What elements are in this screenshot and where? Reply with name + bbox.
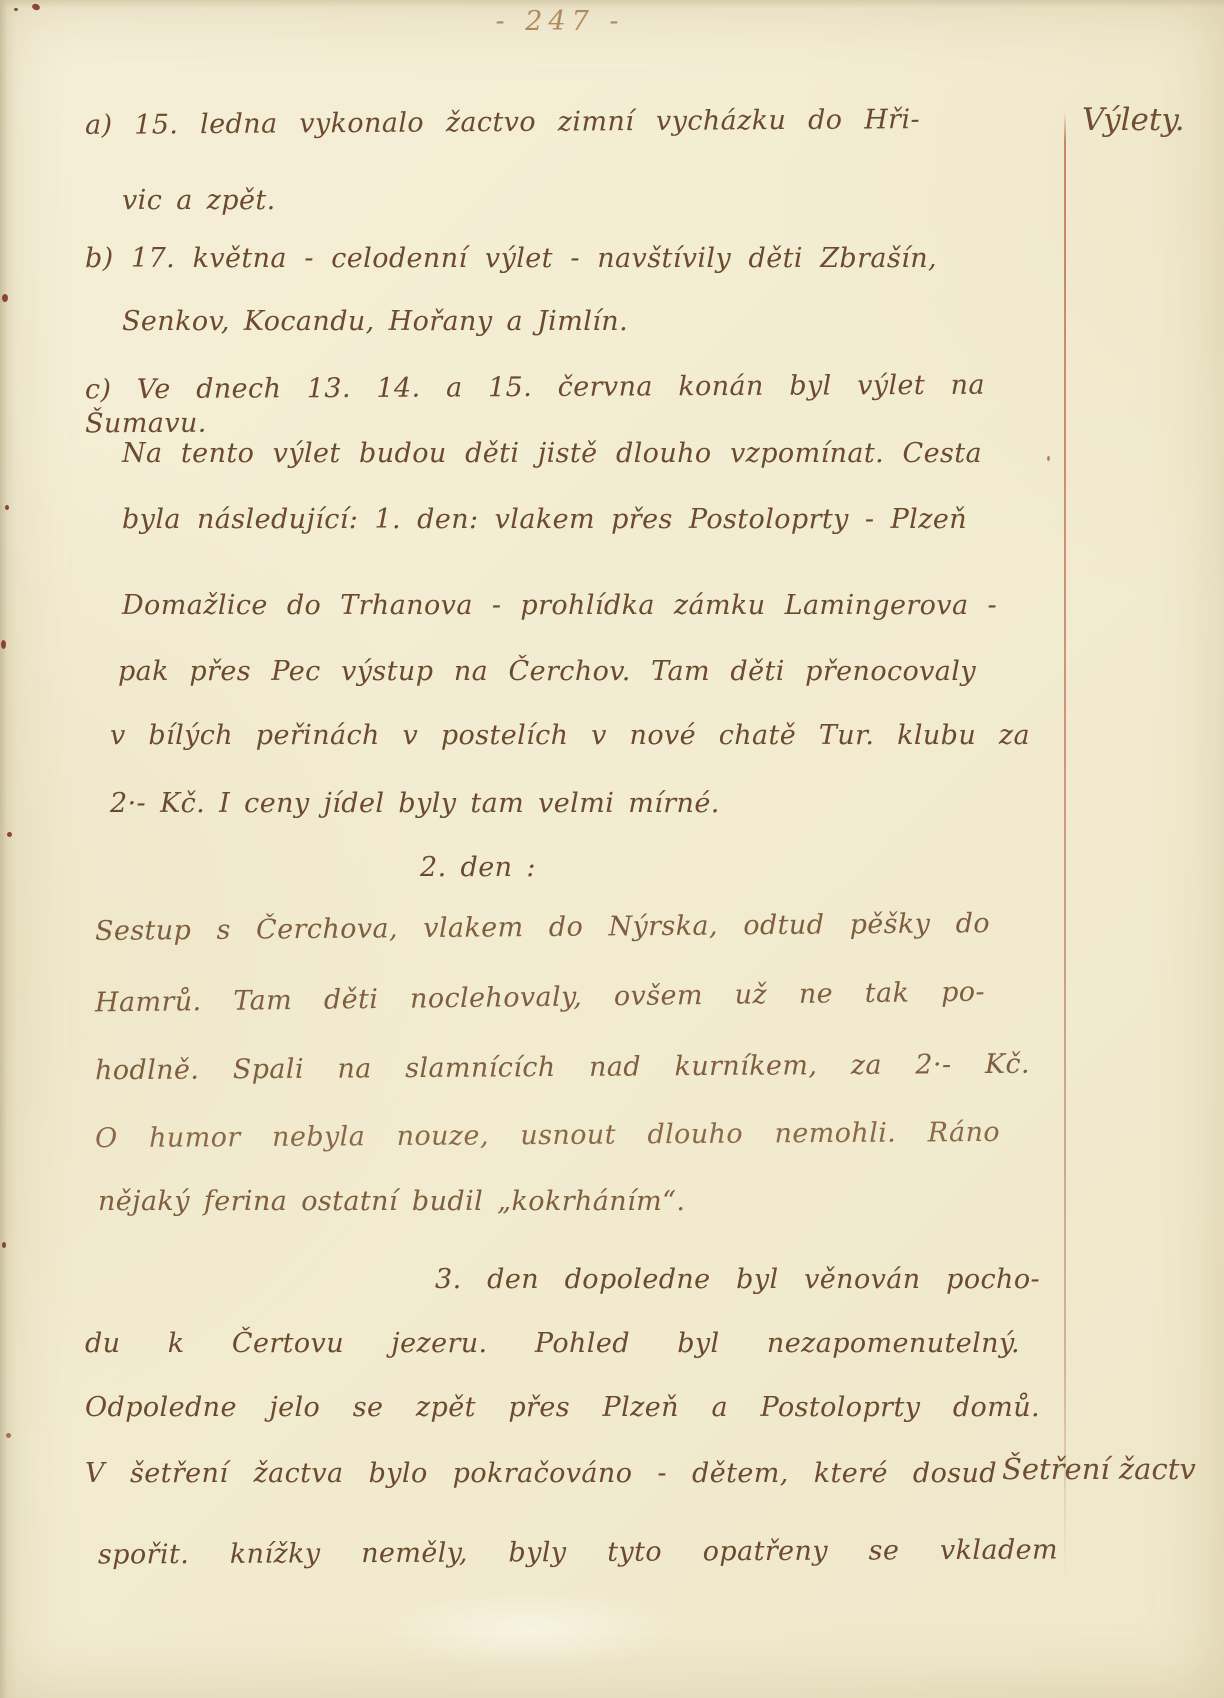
text-line-a2: vic a zpět. xyxy=(122,184,276,218)
margin-rule xyxy=(1064,112,1066,1580)
text-line-day2-5: nějaký ferina ostatní budil „kokrháním“. xyxy=(98,1185,685,1219)
text-line-day2-3: hodlně. Spali na slamnících nad kurníkem… xyxy=(95,1048,1030,1088)
ink-speck xyxy=(6,1433,11,1438)
text-line-day3-1: 3. den dopoledne byl věnován pocho- xyxy=(435,1263,1040,1297)
text-line-c3: byla následující: 1. den: vlakem přes Po… xyxy=(122,503,967,537)
manuscript-scan: { "page": { "number": "- 247 -" }, "marg… xyxy=(0,0,1224,1698)
text-line-c4: Domažlice do Trhanova - prohlídka zámku … xyxy=(122,589,997,623)
margin-note-setreni-zactva: Šetření žactv xyxy=(1002,1452,1224,1486)
text-line-day2-4: O humor nebyla nouze, usnout dlouho nemo… xyxy=(95,1116,1000,1156)
text-line-c6: v bílých peřinách v postelích v nové cha… xyxy=(110,719,1030,753)
text-line-day3-3: Odpoledne jelo se zpět přes Plzeň a Post… xyxy=(85,1391,1040,1425)
ink-speck xyxy=(1047,456,1050,461)
text-line-b1: b) 17. května - celodenní výlet - navští… xyxy=(85,242,937,276)
margin-note-vylety: Výlety. xyxy=(1082,102,1185,138)
text-line-c7: 2·- Kč. I ceny jídel byly tam velmi mírn… xyxy=(110,787,720,821)
ink-speck xyxy=(14,8,18,11)
text-line-c5: pak přes Pec výstup na Čerchov. Tam děti… xyxy=(118,655,976,689)
ink-speck xyxy=(5,505,9,510)
page-number: - 247 - xyxy=(460,6,660,37)
text-line-a1: a) 15. ledna vykonalo žactvo zimní vychá… xyxy=(85,103,920,143)
text-line-b2: Senkov, Kocandu, Hořany a Jimlín. xyxy=(122,305,628,339)
text-line-c2: Na tento výlet budou děti jistě dlouho v… xyxy=(122,437,982,471)
text-line-setreni-1: V šetření žactva bylo pokračováno - děte… xyxy=(85,1457,997,1491)
text-line-setreni-2: spořit. knížky neměly, byly tyto opatřen… xyxy=(98,1533,1058,1572)
text-line-c1: c) Ve dnech 13. 14. a 15. června konán b… xyxy=(85,369,985,441)
ink-speck xyxy=(2,294,8,302)
ink-speck xyxy=(1,640,6,649)
text-line-day3-2: du k Čertovu jezeru. Pohled byl nezapome… xyxy=(85,1327,1020,1361)
page-gutter-shadow xyxy=(0,0,16,1698)
ink-speck xyxy=(7,832,12,837)
paper-smudge xyxy=(380,1590,680,1670)
heading-day2: 2. den : xyxy=(420,851,536,885)
ink-speck xyxy=(2,1242,6,1248)
